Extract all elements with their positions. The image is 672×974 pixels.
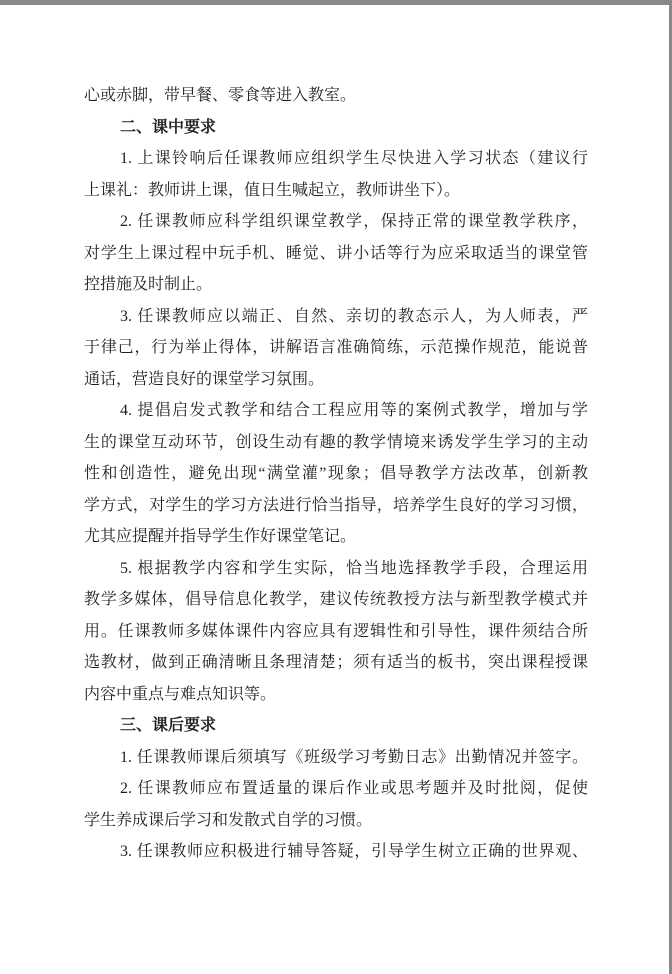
text-line: 生的课堂互动环节，创设生动有趣的教学情境来诱发学生学习的主动 [84,427,588,459]
text-line: 用。任课教师多媒体课件内容应具有逻辑性和引导性，课件须结合所 [84,616,588,648]
text-line: 学方式，对学生的学习方法进行恰当指导，培养学生良好的学习习惯， [84,490,588,522]
text-line: 选教材，做到正确清晰且条理清楚；须有适当的板书，突出课程授课 [84,647,588,679]
text-line: 5. 根据教学内容和学生实际，恰当地选择教学手段，合理运用 [84,553,588,585]
text-line: 控措施及时制止。 [84,269,588,301]
text-line: 2. 任课教师应科学组织课堂教学，保持正常的课堂教学秩序， [84,206,588,238]
text-line: 心或赤脚，带早餐、零食等进入教室。 [84,80,588,112]
section-heading: 三、课后要求 [84,710,588,742]
text-line: 上课礼：教师讲上课，值日生喊起立，教师讲坐下）。 [84,175,588,207]
text-line: 于律己，行为举止得体，讲解语言准确简练，示范操作规范，能说普 [84,332,588,364]
text-line: 对学生上课过程中玩手机、睡觉、讲小话等行为应采取适当的课堂管 [84,238,588,270]
text-line: 教学多媒体，倡导信息化教学，建议传统教授方法与新型教学模式并 [84,584,588,616]
text-line: 1. 上课铃响后任课教师应组织学生尽快进入学习状态（建议行 [84,143,588,175]
text-line: 4. 提倡启发式教学和结合工程应用等的案例式教学，增加与学 [84,395,588,427]
viewer-top-edge [0,0,672,5]
text-line: 学生养成课后学习和发散式自学的习惯。 [84,805,588,837]
page-content: 心或赤脚，带早餐、零食等进入教室。二、课中要求1. 上课铃响后任课教师应组织学生… [84,80,588,868]
text-line: 2. 任课教师应布置适量的课后作业或思考题并及时批阅，促使 [84,773,588,805]
text-line: 通话，营造良好的课堂学习氛围。 [84,364,588,396]
text-line: 1. 任课教师课后须填写《班级学习考勤日志》出勤情况并签字。 [84,742,588,774]
text-line: 性和创造性，避免出现“满堂灌”现象；倡导教学方法改革，创新教 [84,458,588,490]
text-line: 3. 任课教师应以端正、自然、亲切的教态示人，为人师表，严 [84,301,588,333]
section-heading: 二、课中要求 [84,112,588,144]
document-page: 心或赤脚，带早餐、零食等进入教室。二、课中要求1. 上课铃响后任课教师应组织学生… [0,0,672,974]
text-line: 3. 任课教师应积极进行辅导答疑，引导学生树立正确的世界观、 [84,836,588,868]
text-line: 尤其应提醒并指导学生作好课堂笔记。 [84,521,588,553]
text-line: 内容中重点与难点知识等。 [84,679,588,711]
